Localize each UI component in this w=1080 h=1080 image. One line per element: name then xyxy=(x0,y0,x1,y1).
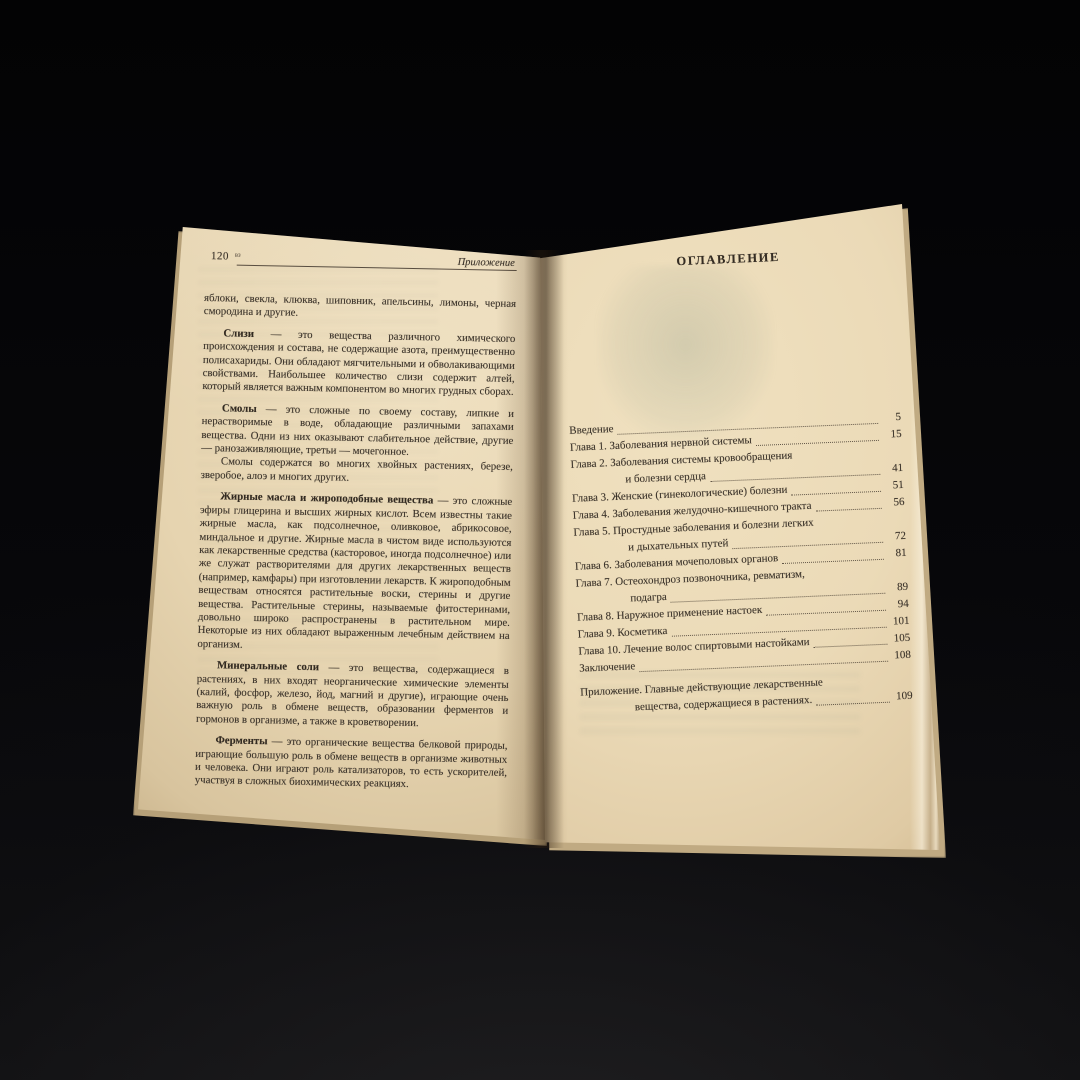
paragraph: Ферменты — это органические вещества бел… xyxy=(195,734,508,794)
paragraph-text: — это сложные эфиры глицерина и высших ж… xyxy=(197,495,512,651)
toc-page-number: 108 xyxy=(891,647,912,665)
paragraph: Жирные масла и жироподобные вещества — э… xyxy=(197,490,512,657)
toc-page-number: 101 xyxy=(889,613,910,631)
photo-background: 120 вз Приложение яблоки, свекла, клюква… xyxy=(0,0,1080,1080)
paragraph: Смолы — это сложные по своему составу, л… xyxy=(201,402,514,462)
dot-leader xyxy=(818,526,883,529)
paragraph-text: Смолы содержатся во многих хвойных расте… xyxy=(201,456,513,484)
paragraph-lead: Смолы xyxy=(222,402,257,415)
paragraph: Слизи — это вещества различного химическ… xyxy=(202,327,515,400)
toc-page-number: 81 xyxy=(886,545,907,563)
paragraph-text: яблоки, свекла, клюква, шиповник, апельс… xyxy=(204,292,516,319)
toc-page-number xyxy=(883,454,903,455)
dot-leader xyxy=(816,508,882,512)
toc-page-number: 5 xyxy=(881,409,902,427)
left-page: 120 вз Приложение яблоки, свекла, клюква… xyxy=(138,227,545,840)
dot-leader xyxy=(816,702,889,706)
paragraph-lead: Ферменты xyxy=(215,734,267,747)
dot-leader xyxy=(827,686,889,689)
right-page: ОГЛАВЛЕНИЕ Введение 5 Глава 1. Заболеван… xyxy=(540,204,940,850)
paragraph-lead: Слизи xyxy=(223,327,254,340)
toc-page-number xyxy=(892,682,912,683)
paragraph-lead: Минеральные соли xyxy=(217,659,319,673)
left-page-text: 120 вз Приложение яблоки, свекла, клюква… xyxy=(195,250,517,794)
toc-page-number: 89 xyxy=(888,579,909,597)
table-of-contents: Введение 5 Глава 1. Заболевания нервной … xyxy=(569,409,913,719)
toc-label: Введение xyxy=(569,421,614,440)
toc-title: ОГЛАВЛЕНИЕ xyxy=(562,244,894,275)
right-page-text: ОГЛАВЛЕНИЕ Введение 5 Глава 1. Заболеван… xyxy=(562,244,913,718)
toc-label: Заключение xyxy=(579,658,636,677)
toc-page-number xyxy=(885,522,905,523)
toc-page-number: 51 xyxy=(883,477,904,495)
toc-page-number: 41 xyxy=(883,460,904,478)
toc-page-number: 15 xyxy=(881,426,902,444)
toc-page-number: 94 xyxy=(888,596,909,614)
toc-page-number: 109 xyxy=(892,688,913,706)
page-header: 120 вз Приложение xyxy=(205,250,517,272)
toc-page-number: 56 xyxy=(884,494,905,512)
toc-page-number: 105 xyxy=(890,630,911,648)
edge-mark: вз xyxy=(235,249,241,263)
running-title: Приложение xyxy=(457,255,514,270)
toc-page-number: 72 xyxy=(886,528,907,546)
dot-leader xyxy=(639,661,888,672)
paragraph: Минеральные соли — это вещества, содержа… xyxy=(196,659,509,732)
paragraph: яблоки, свекла, клюква, шиповник, апельс… xyxy=(204,292,516,325)
toc-page-number xyxy=(888,573,908,574)
paragraph: Смолы содержатся во многих хвойных расте… xyxy=(201,455,513,488)
page-number: 120 xyxy=(211,250,229,264)
